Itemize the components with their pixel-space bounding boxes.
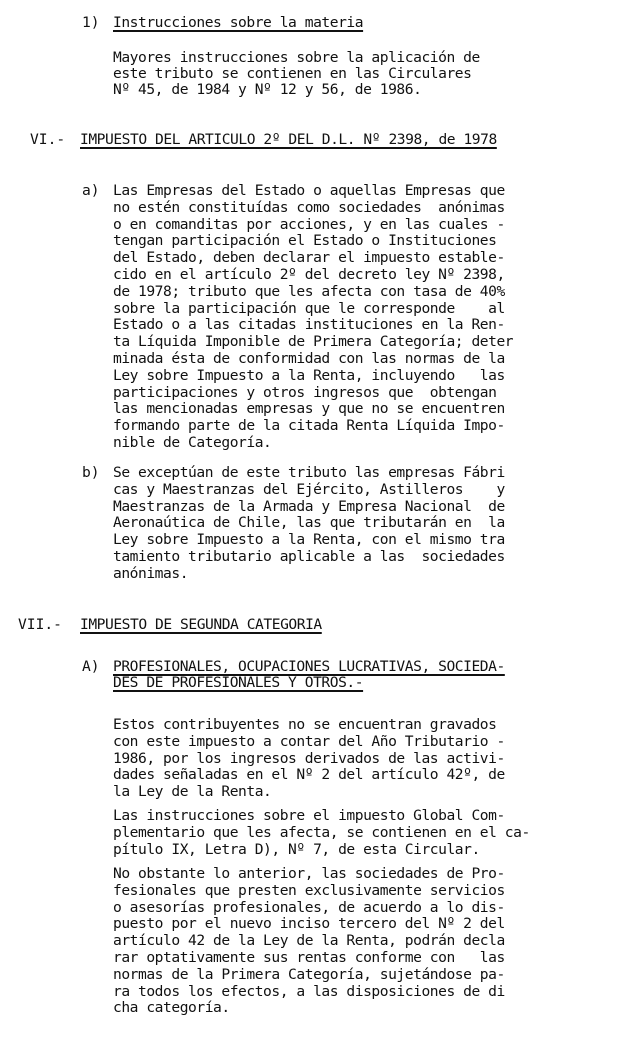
body-line: cha categoría. (113, 1000, 230, 1016)
body-line: minada ésta de conformidad con las norma… (113, 351, 505, 367)
body-line: o asesorías profesionales, de acuerdo a … (113, 900, 505, 916)
body-line: Estado o a las citadas instituciones en … (113, 317, 505, 333)
body-line: fesionales que presten exclusivamente se… (113, 883, 505, 899)
item-A-title-line: DES DE PROFESIONALES Y OTROS.- (113, 675, 363, 691)
body-line: No obstante lo anterior, las sociedades … (113, 866, 505, 882)
body-line: Aeronaútica de Chile, las que tributarán… (113, 515, 505, 531)
body-line: ta Líquida Imponible de Primera Categorí… (113, 334, 513, 350)
body-line: sobre la participación que le correspond… (113, 301, 505, 317)
body-line: Mayores instrucciones sobre la aplicació… (113, 50, 480, 66)
body-line: Nº 45, de 1984 y Nº 12 y 56, de 1986. (113, 82, 421, 98)
body-line: tamiento tributario aplicable a las soci… (113, 549, 505, 565)
body-line: Las Empresas del Estado o aquellas Empre… (113, 183, 505, 199)
body-line: este tributo se contienen en las Circula… (113, 66, 471, 82)
body-line: plementario que les afecta, se contienen… (113, 825, 530, 841)
body-line: o en comanditas por acciones, y en las c… (113, 217, 505, 233)
section-vii-title: IMPUESTO DE SEGUNDA CATEGORIA (80, 617, 322, 633)
body-line: cas y Maestranzas del Ejército, Astiller… (113, 482, 505, 498)
body-line: Estos contribuyentes no se encuentran gr… (113, 717, 496, 733)
section-vi-title: IMPUESTO DEL ARTICULO 2º DEL D.L. Nº 239… (80, 132, 497, 148)
body-line: las mencionadas empresas y que no se enc… (113, 401, 505, 417)
body-line: rar optativamente sus rentas conforme co… (113, 950, 505, 966)
body-line: la Ley de la Renta. (113, 784, 271, 800)
body-line: Maestranzas de la Armada y Empresa Nacio… (113, 499, 505, 515)
body-line: artículo 42 de la Ley de la Renta, podrá… (113, 933, 505, 949)
body-line: Las instrucciones sobre el impuesto Glob… (113, 808, 505, 824)
subsection-1-title: Instrucciones sobre la materia (113, 15, 363, 31)
document-page: 1) Instrucciones sobre la materia Mayore… (0, 0, 630, 1047)
item-a-marker: a) (82, 183, 100, 199)
item-A-title-line: PROFESIONALES, OCUPACIONES LUCRATIVAS, S… (113, 659, 505, 675)
body-line: del Estado, deben declarar el impuesto e… (113, 250, 505, 266)
body-line: tengan participación el Estado o Institu… (113, 233, 496, 249)
body-line: Ley sobre Impuesto a la Renta, incluyend… (113, 368, 505, 384)
body-line: ra todos los efectos, a las disposicione… (113, 984, 505, 1000)
body-line: puesto por el nuevo inciso tercero del N… (113, 916, 505, 932)
body-line: participaciones y otros ingresos que obt… (113, 385, 496, 401)
body-line: dades señaladas en el Nº 2 del artículo … (113, 767, 505, 783)
item-A-marker: A) (82, 659, 100, 675)
body-line: con este impuesto a contar del Año Tribu… (113, 734, 505, 750)
body-line: anónimas. (113, 566, 188, 582)
body-line: de 1978; tributo que les afecta con tasa… (113, 284, 505, 300)
subsection-1-marker: 1) (82, 15, 100, 31)
body-line: normas de la Primera Categoría, sujetánd… (113, 967, 505, 983)
body-line: nible de Categoría. (113, 435, 271, 451)
body-line: Ley sobre Impuesto a la Renta, con el mi… (113, 532, 505, 548)
body-line: 1986, por los ingresos derivados de las … (113, 751, 505, 767)
body-line: cido en el artículo 2º del decreto ley N… (113, 267, 505, 283)
section-vi-marker: VI.- (30, 132, 65, 148)
body-line: no estén constituídas como sociedades an… (113, 200, 505, 216)
body-line: Se exceptúan de este tributo las empresa… (113, 465, 505, 481)
body-line: pítulo IX, Letra D), Nº 7, de esta Circu… (113, 842, 480, 858)
item-b-marker: b) (82, 465, 100, 481)
body-line: formando parte de la citada Renta Líquid… (113, 418, 505, 434)
section-vii-marker: VII.- (18, 617, 62, 633)
